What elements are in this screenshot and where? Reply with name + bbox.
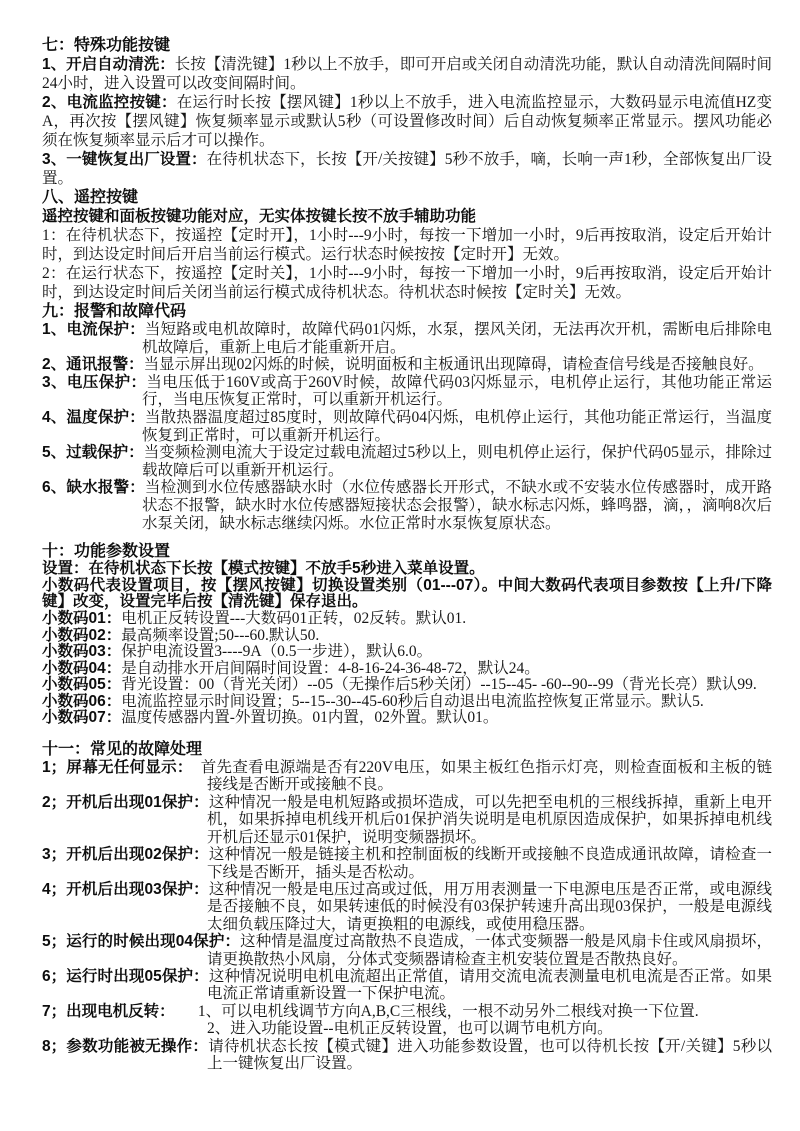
item-label: 小数码04： <box>42 660 121 677</box>
item-text: 1、可以电机线调节方向A,B,C三根线，一根不动另外二根线对换一下位置. 2、进… <box>167 1003 699 1037</box>
manual-item: 8；参数功能被无操作：请待机状态长按【模式键】进入功能参数设置，也可以待机长按【… <box>42 1038 772 1073</box>
manual-item: 4；开机后出现03保护：这种情况一般是电压过高或过低，用万用表测量一下电源电压是… <box>42 881 772 933</box>
item-text: 当检测到水位传感器缺水时（水位传感器长开形式，不缺水或不安装水位传感器时，成开路… <box>142 479 772 531</box>
item-text: 这种情况一般是电压过高或过低，用万用表测量一下电源电压是否正常，或电源线是否接触… <box>207 881 772 933</box>
item-label: 5；运行的时候出现04保护： <box>42 933 240 950</box>
item-text: 当变频检测电流大于设定过载电流超过5秒以上，则电机停止运行，保护代码05显示，排… <box>142 444 772 479</box>
item-text: 当显示屏出现02闪烁的时候，说明面板和主板通讯出现障碍，请检查信号线是否接触良好… <box>144 356 764 373</box>
item-label: 4；开机后出现03保护： <box>42 881 209 898</box>
item-label: 2；开机后出现01保护： <box>42 794 209 811</box>
section-title: 九：报警和故障代码 <box>42 302 772 321</box>
manual-item: 2；开机后出现01保护：这种情况一般是电机短路或损坏造成，可以先把至电机的三根线… <box>42 794 772 846</box>
manual-item: 7；出现电机反转： 1、可以电机线调节方向A,B,C三根线，一根不动另外二根线对… <box>42 1003 772 1038</box>
item-label: 7；出现电机反转： <box>42 1003 167 1020</box>
item-label: 4、温度保护： <box>42 409 145 426</box>
manual-item: 3；开机后出现02保护：这种情况一般是链接主机和控制面板的线断开或接触不良造成通… <box>42 846 772 881</box>
item-label: 2、通讯报警： <box>42 356 144 373</box>
item-text: 当短路或电机故障时，故障代码01闪烁，水泵，摆风关闭，无法再次开机，需断电后排除… <box>142 321 772 356</box>
item-text: 这种情况说明电机电流超出正常值，请用交流电流表测量电机电流是否正常。如果电流正常… <box>207 968 772 1002</box>
item-label: 1、开启自动清洗： <box>42 56 175 73</box>
manual-item: 6；运行时出现05保护：这种情况说明电机电流超出正常值，请用交流电流表测量电机电… <box>42 968 772 1003</box>
manual-item: 小数码05：背光设置：00（背光关闭）--05（无操作后5秒关闭）--15--4… <box>42 677 772 694</box>
manual-item: 2、电流监控按键：在运行时长按【摆风键】1秒以上不放手，进入电流监控显示，大数码… <box>42 93 772 150</box>
item-label: 小数码06： <box>42 693 121 710</box>
section-1: 七：特殊功能按键1、开启自动清洗：长按【清洗键】1秒以上不放手，即可开启或关闭自… <box>42 36 772 188</box>
item-text: 当散热器温度超过85度时，则故障代码04闪烁，电机停止运行，其他功能正常运行，当… <box>142 409 772 444</box>
manual-item: 小数码06：电流监控显示时间设置；5--15--30--45-60秒后自动退出电… <box>42 694 772 711</box>
manual-item: 遥控按键和面板按键功能对应，无实体按键长按不放手辅助功能 <box>42 207 772 226</box>
manual-item: 小数码01：电机正反转设置---大数码01正转，02反转。默认01. <box>42 611 772 628</box>
section-title: 八、遥控按键 <box>42 188 772 207</box>
section-title: 十一：常见的故障处理 <box>42 740 772 759</box>
item-label: 小数码03： <box>42 643 121 660</box>
manual-page: 七：特殊功能按键1、开启自动清洗：长按【清洗键】1秒以上不放手，即可开启或关闭自… <box>0 0 800 1131</box>
item-text: 温度传感器内置-外置切换。01内置，02外置。默认01。 <box>121 709 498 726</box>
manual-item: 小数码02：最高频率设置;50---60.默认50. <box>42 628 772 645</box>
manual-item: 4、温度保护：当散热器温度超过85度时，则故障代码04闪烁，电机停止运行，其他功… <box>42 409 772 444</box>
item-text: 首先查看电源端是否有220V电压，如果主板红色指示灯亮，则检查面板和主板的链接线… <box>185 759 772 793</box>
item-text: 电流监控显示时间设置；5--15--30--45-60秒后自动退出电流监控恢复正… <box>121 693 704 710</box>
section-4: 十：功能参数设置设置：在待机状态下长按【模式按键】不放手5秒进入菜单设置。小数码… <box>42 542 772 727</box>
manual-item: 1；屏幕无任何显示： 首先查看电源端是否有220V电压，如果主板红色指示灯亮，则… <box>42 759 772 794</box>
item-label: 小数码代表设置项目，按【摆风按键】切换设置类别（01---07）。中间大数码代表… <box>42 577 772 611</box>
section-3: 九：报警和故障代码1、电流保护：当短路或电机故障时，故障代码01闪烁，水泵，摆风… <box>42 302 772 532</box>
manual-item: 小数码07：温度传感器内置-外置切换。01内置，02外置。默认01。 <box>42 710 772 727</box>
manual-item: 5、过载保护：当变频检测电流大于设定过载电流超过5秒以上，则电机停止运行，保护代… <box>42 444 772 479</box>
manual-item: 1、开启自动清洗：长按【清洗键】1秒以上不放手，即可开启或关闭自动清洗功能，默认… <box>42 55 772 93</box>
item-text: 请待机状态长按【模式键】进入功能参数设置，也可以待机长按【开/关键】5秒以上一键… <box>207 1038 772 1072</box>
manual-item: 2：在运行状态下，按遥控【定时关】，1小时---9小时，每按一下增加一小时，9后… <box>42 264 772 302</box>
section-title: 七：特殊功能按键 <box>42 36 772 55</box>
item-text: 这种情况一般是链接主机和控制面板的线断开或接触不良造成通讯故障，请检查一下线是否… <box>207 846 772 880</box>
item-label: 小数码01： <box>42 610 121 627</box>
section-2: 八、遥控按键遥控按键和面板按键功能对应，无实体按键长按不放手辅助功能1：在待机状… <box>42 188 772 302</box>
section-5: 十一：常见的故障处理1；屏幕无任何显示： 首先查看电源端是否有220V电压，如果… <box>42 740 772 1072</box>
manual-item: 小数码03：保护电流设置3----9A（0.5一步进），默认6.0。 <box>42 644 772 661</box>
item-label: 1；屏幕无任何显示： <box>42 759 185 776</box>
manual-item: 1：在待机状态下，按遥控【定时开】，1小时---9小时，每按一下增加一小时，9后… <box>42 226 772 264</box>
item-text: 是自动排水开启间隔时间设置：4-8-16-24-36-48-72，默认24。 <box>121 660 539 677</box>
item-text: 最高频率设置;50---60.默认50. <box>121 627 319 644</box>
item-label: 小数码07： <box>42 709 121 726</box>
item-text: 保护电流设置3----9A（0.5一步进），默认6.0。 <box>121 643 432 660</box>
item-label: 6；运行时出现05保护： <box>42 968 209 985</box>
manual-item: 3、一键恢复出厂设置：在待机状态下，长按【开/关按键】5秒不放手，嘀，长响一声1… <box>42 150 772 188</box>
item-label: 遥控按键和面板按键功能对应，无实体按键长按不放手辅助功能 <box>42 208 476 225</box>
manual-item: 2、通讯报警：当显示屏出现02闪烁的时候，说明面板和主板通讯出现障碍，请检查信号… <box>42 356 772 374</box>
item-text: 2：在运行状态下，按遥控【定时关】，1小时---9小时，每按一下增加一小时，9后… <box>42 265 772 301</box>
manual-item: 5；运行的时候出现04保护：这种情是温度过高散热不良造成，一体式变频器一般是风扇… <box>42 933 772 968</box>
item-text: 1：在待机状态下，按遥控【定时开】，1小时---9小时，每按一下增加一小时，9后… <box>42 227 772 263</box>
item-label: 小数码02： <box>42 627 121 644</box>
item-label: 8；参数功能被无操作： <box>42 1038 208 1055</box>
manual-item: 1、电流保护：当短路或电机故障时，故障代码01闪烁，水泵，摆风关闭，无法再次开机… <box>42 321 772 356</box>
item-text: 这种情是温度过高散热不良造成，一体式变频器一般是风扇卡住或风扇损坏，请更换散热小… <box>207 933 772 967</box>
item-label: 小数码05： <box>42 676 121 693</box>
manual-item: 设置：在待机状态下长按【模式按键】不放手5秒进入菜单设置。 <box>42 561 772 578</box>
item-label: 6、缺水报警： <box>42 479 145 496</box>
item-label: 设置：在待机状态下长按【模式按键】不放手5秒进入菜单设置。 <box>42 560 485 577</box>
item-label: 3、一键恢复出厂设置： <box>42 151 207 168</box>
item-text: 当电压低于160V或高于260V时候，故障代码03闪烁显示，电机停止运行，其他功… <box>142 374 772 409</box>
section-title: 十：功能参数设置 <box>42 542 772 561</box>
item-label: 3、电压保护： <box>42 374 146 391</box>
item-text: 这种情况一般是电机短路或损坏造成，可以先把至电机的三根线拆掉，重新上电开机，如果… <box>207 794 772 846</box>
item-text: 背光设置：00（背光关闭）--05（无操作后5秒关闭）--15--45- -60… <box>121 676 756 693</box>
item-label: 3；开机后出现02保护： <box>42 846 209 863</box>
manual-item: 小数码04：是自动排水开启间隔时间设置：4-8-16-24-36-48-72，默… <box>42 661 772 678</box>
manual-item: 3、电压保护：当电压低于160V或高于260V时候，故障代码03闪烁显示，电机停… <box>42 374 772 409</box>
item-label: 2、电流监控按键： <box>42 94 177 111</box>
item-label: 1、电流保护： <box>42 321 145 338</box>
item-text: 电机正反转设置---大数码01正转，02反转。默认01. <box>121 610 466 627</box>
item-label: 5、过载保护： <box>42 444 144 461</box>
manual-item: 小数码代表设置项目，按【摆风按键】切换设置类别（01---07）。中间大数码代表… <box>42 578 772 611</box>
manual-item: 6、缺水报警：当检测到水位传感器缺水时（水位传感器长开形式，不缺水或不安装水位传… <box>42 479 772 532</box>
